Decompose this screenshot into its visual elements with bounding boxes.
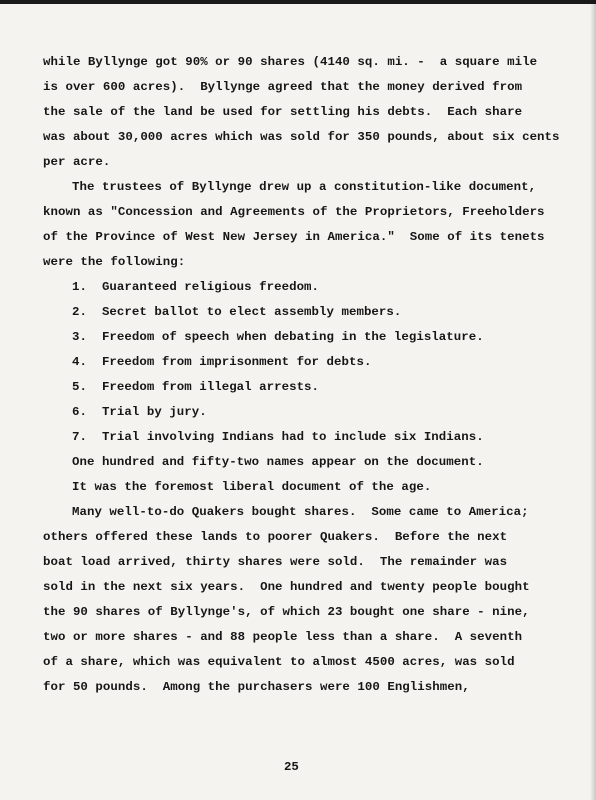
text-line: the 90 shares of Byllynge's, of which 23… xyxy=(43,605,530,619)
text-line: of the Province of West New Jersey in Am… xyxy=(43,230,545,244)
text-line: sold in the next six years. One hundred … xyxy=(43,580,530,594)
text-line: others offered these lands to poorer Qua… xyxy=(43,530,507,544)
text-line: boat load arrived, thirty shares were so… xyxy=(43,555,507,569)
text-line: two or more shares - and 88 people less … xyxy=(43,630,522,644)
tenet-list-item: 4. Freedom from imprisonment for debts. xyxy=(72,355,371,369)
tenet-list-item: 3. Freedom of speech when debating in th… xyxy=(72,330,484,344)
paragraph-start-line: The trustees of Byllynge drew up a const… xyxy=(72,180,536,194)
text-line: the sale of the land be used for settlin… xyxy=(43,105,522,119)
paragraph-start-line: Many well-to-do Quakers bought shares. S… xyxy=(72,505,529,519)
tenet-list-item: 5. Freedom from illegal arrests. xyxy=(72,380,319,394)
text-line: was about 30,000 acres which was sold fo… xyxy=(43,130,560,144)
tenet-list-item: 6. Trial by jury. xyxy=(72,405,207,419)
text-line: for 50 pounds. Among the purchasers were… xyxy=(43,680,470,694)
text-line: while Byllynge got 90% or 90 shares (414… xyxy=(43,55,537,69)
text-line: per acre. xyxy=(43,155,110,169)
text-line: One hundred and fifty-two names appear o… xyxy=(72,455,484,469)
typewritten-page: while Byllynge got 90% or 90 shares (414… xyxy=(0,0,596,800)
text-line: It was the foremost liberal document of … xyxy=(72,480,431,494)
text-line: of a share, which was equivalent to almo… xyxy=(43,655,515,669)
text-line: were the following: xyxy=(43,255,185,269)
tenet-list-item: 2. Secret ballot to elect assembly membe… xyxy=(72,305,401,319)
tenet-list-item: 7. Trial involving Indians had to includ… xyxy=(72,430,484,444)
tenet-list-item: 1. Guaranteed religious freedom. xyxy=(72,280,319,294)
text-line: is over 600 acres). Byllynge agreed that… xyxy=(43,80,522,94)
text-line: known as "Concession and Agreements of t… xyxy=(43,205,545,219)
page-number: 25 xyxy=(284,760,299,774)
